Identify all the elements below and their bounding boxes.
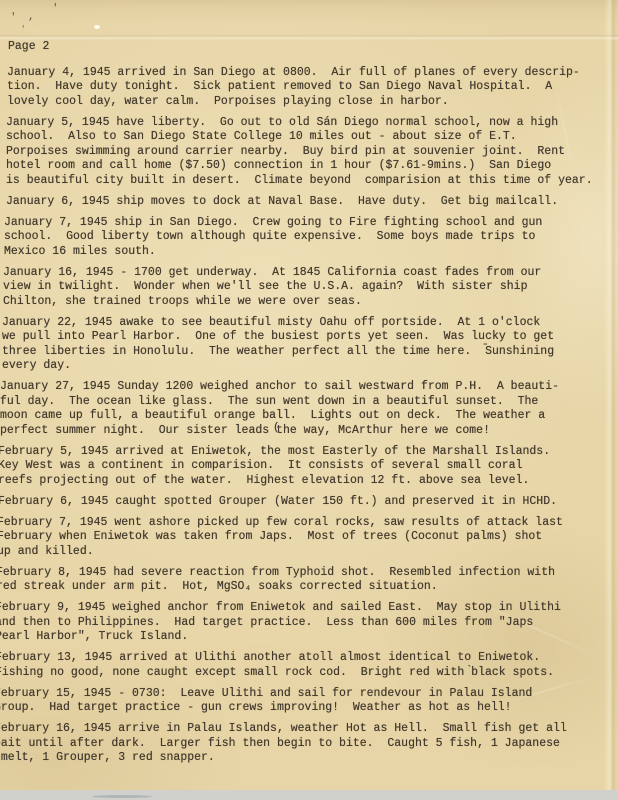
diary-entry: January 16, 1945 - 1700 get underway. At… (3, 266, 618, 310)
handwritten-mark: ʻ (20, 26, 27, 36)
handwritten-mark: ' (52, 4, 59, 14)
diary-entry: January 5, 1945 have liberty. Go out to … (6, 116, 618, 189)
diary-entry: February 7, 1945 went ashore picked up f… (0, 516, 618, 560)
diary-entry: February 6, 1945 caught spotted Grouper … (0, 495, 618, 510)
diary-entry: January 22, 1945 awake to see beautiful … (2, 316, 618, 374)
handwritten-mark: , (28, 12, 35, 22)
diary-entry: February 15, 1945 - 0730: Leave Ulithi a… (0, 687, 618, 716)
paper-sheet: ','ʻ(-` Page 2 January 4, 1945 arrived i… (0, 0, 618, 791)
diary-entry: February 13, 1945 arrived at Ulithi anot… (0, 651, 618, 680)
paper-fleck (94, 25, 100, 29)
diary-entry: January 7, 1945 ship in San Diego. Crew … (4, 216, 618, 260)
diary-entry: February 5, 1945 arrived at Eniwetok, th… (0, 445, 618, 489)
diary-entry: February 9, 1945 weighed anchor from Eni… (0, 601, 618, 645)
scanner-smudge (92, 795, 152, 798)
diary-entry: February 8, 1945 had severe reaction fro… (0, 566, 618, 595)
diary-entry: February 16, 1945 arrive in Palau Island… (0, 722, 618, 766)
scanned-document-page: ','ʻ(-` Page 2 January 4, 1945 arrived i… (0, 0, 618, 800)
diary-entry: January 6, 1945 ship moves to dock at Na… (6, 195, 618, 210)
typewritten-text-block: Page 2 January 4, 1945 arrived in San Di… (0, 40, 618, 772)
handwritten-mark: ' (10, 13, 17, 23)
diary-entry: January 27, 1945 Sunday 1200 weighed anc… (0, 380, 618, 438)
scanner-background (0, 790, 618, 800)
page-number-label: Page 2 (8, 40, 618, 55)
diary-entry: January 4, 1945 arrived in San Diego at … (7, 66, 618, 110)
diary-entries: January 4, 1945 arrived in San Diego at … (0, 66, 618, 766)
